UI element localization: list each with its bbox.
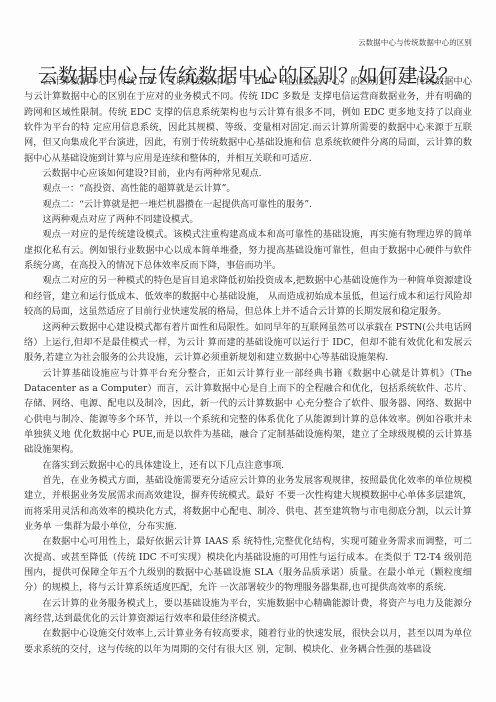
paragraph: 这两种观点对应了两种不同建设模式。 [24, 212, 472, 227]
paragraph: 首先，在业务模式方面，基础设施需要充分适应云计算的业务发展客观规律，按照最优化效… [24, 473, 472, 534]
document-page: 云数据中心与传统数据中心的区别 云数据中心与传统数据中心的区别？如何建设？ 云计… [0, 0, 496, 702]
paragraph: 观点一对应的是传统建设模式。该模式注重构建高成本和高可靠性的基础设施，再实施有物… [24, 227, 472, 273]
paragraph: 在数据中心可用性上，最好依据云计算 IAAS 系 统特性,完整优化结构，实现可随… [24, 534, 472, 595]
paragraph: 观点二对应的另一种模式的特色是盲目追求降低初始投资成本,把数据中心基础设施作为一… [24, 273, 472, 319]
paragraph: 观点二：“云计算就是把一堆烂机器攒在一起提供高可靠性的服务”. [24, 197, 472, 212]
paragraph: 观点一：“高投资、高性能的超算就是云计算”。 [24, 181, 472, 196]
paragraph: 云计算数据中心与传统 IDC（互联网数据中心）与 EDC（企业数据中心）的区别是… [24, 74, 472, 166]
paragraph: 这两种云数据中心建设模式都有着片面性和局限性。如同早年的互联网虽然可以承载在 P… [24, 320, 472, 366]
paragraph: 在云计算的业务服务模式上，要以基础设施为平台，实施数据中心精确能源计费，将资产与… [24, 596, 472, 627]
paragraph: 在数据中心设施交付效率上,云计算业务有较高要求，随着行业的快速发展，很快会以月，… [24, 626, 472, 657]
paragraph: 在落实到云数据中心的具体建设上，还有以下几点注意事项. [24, 458, 472, 473]
document-body: 云计算数据中心与传统 IDC（互联网数据中心）与 EDC（企业数据中心）的区别是… [24, 74, 472, 657]
running-header: 云数据中心与传统数据中心的区别 [358, 37, 472, 48]
paragraph: 云计算基础设施应与计算平台充分整合，正如云计算行业一部经典书籍《数据中心就是计算… [24, 366, 472, 458]
paragraph: 云数据中心应该如何建设?目前，业内有两种常见观点. [24, 166, 472, 181]
